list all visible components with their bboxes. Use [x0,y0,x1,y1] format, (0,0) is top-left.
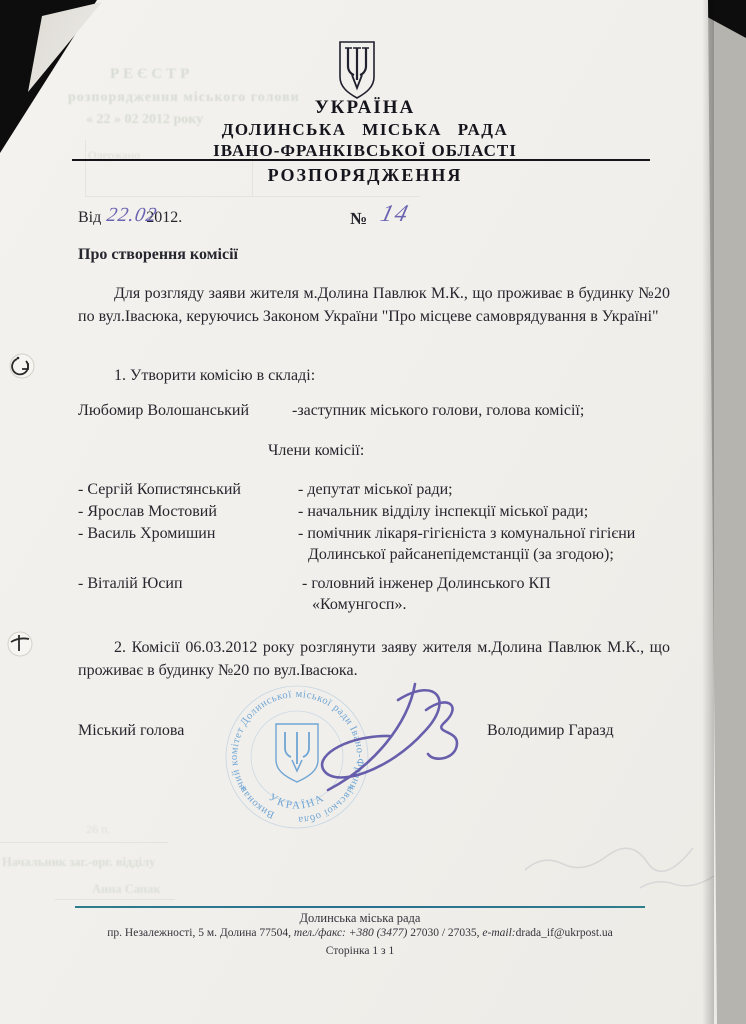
subject-line: Про створення комісії [78,246,238,264]
number-line: № 14 [350,204,409,231]
date-label: Від [78,209,101,226]
paper-edge-shadow [702,0,714,1024]
member-name: - Віталій Юсип [78,573,298,615]
members-heading: Члени комісії: [268,442,364,460]
member-role: - помічник лікаря-гігієніста з комунальн… [298,523,653,565]
signer-name: Володимир Гаразд [487,722,614,740]
member-role: - головний інженер Долинського КП «Комун… [298,573,612,615]
date-line: Від 22.02 2012. [78,205,182,228]
item-1: 1. Утворити комісію в складі: [78,365,315,386]
scanned-document: РЕЄСТР розпорядження міського голови « 2… [0,0,746,1024]
bleedthrough-small-text: 26 п. [86,822,110,837]
member-name: - Сергій Копистянський [78,479,298,500]
footer-email-value: drada_if@ukrpost.ua [516,927,613,939]
footer-address-street: пр. Незалежності, 5 м. Долина 77504, [107,927,294,939]
header-rule [72,159,650,161]
commission-chairman-row: Любомир Волошанський -заступник міського… [78,402,670,420]
member-name: - Василь Хромишин [78,523,298,565]
stamp-star: * [240,782,247,797]
bleedthrough-registry-title: РЕЄСТР [110,66,193,83]
number-label: № [350,209,367,228]
date-handwritten: 22.02 [105,204,159,227]
footer-rule [75,906,645,908]
bleedthrough-official-title: Начальник заг.-орг. відділу [2,855,155,870]
footer-address: пр. Незалежності, 5 м. Долина 77504, тел… [40,927,680,939]
organization-region: ІВАНО-ФРАНКІВСЬКОЇ ОБЛАСТІ [75,141,655,161]
bleedthrough-rule [0,842,168,843]
bleedthrough-official-name: Анна Сапак [92,882,161,897]
member-name: - Ярослав Мостовий [78,501,298,522]
footer-phone-label: тел./факс: +380 (3477) [294,927,407,939]
document-type-title: РОЗПОРЯДЖЕННЯ [75,165,655,186]
chairman-role: -заступник міського голови, голова коміс… [292,402,670,420]
footer-organization: Долинська міська рада [40,911,680,926]
member-role: - депутат міської ради; [298,479,664,500]
country-name: УКРАЇНА [75,97,655,119]
bleedthrough-rule [55,899,175,900]
footer-page-number: Сторінка 1 з 1 [40,945,680,957]
stamp-trident-icon [276,724,318,782]
footer-phone-numbers: 27030 / 27035, [407,927,482,939]
hole-punch-icon [8,352,36,380]
number-handwritten: 14 [378,201,413,228]
paragraph-preamble: Для розгляду заяви жителя м.Долина Павлю… [78,282,670,328]
member-role: - начальник відділу інспекції міської ра… [298,501,664,522]
chairman-name: Любомир Волошанський [78,402,292,420]
footer-email-label: e-mail: [482,927,515,939]
ukraine-trident-emblem-icon [337,40,377,100]
hole-punch-icon [6,630,34,658]
document-page: РЕЄСТР розпорядження міського голови « 2… [0,0,718,1024]
bleedthrough-table-line [85,196,420,197]
handwritten-signature [318,670,468,805]
signer-title: Міський голова [78,722,184,740]
commission-members-list: - Сергій Копистянський - депутат міської… [78,479,664,615]
organization-name: ДОЛИНСЬКА МІСЬКА РАДА [75,120,655,140]
